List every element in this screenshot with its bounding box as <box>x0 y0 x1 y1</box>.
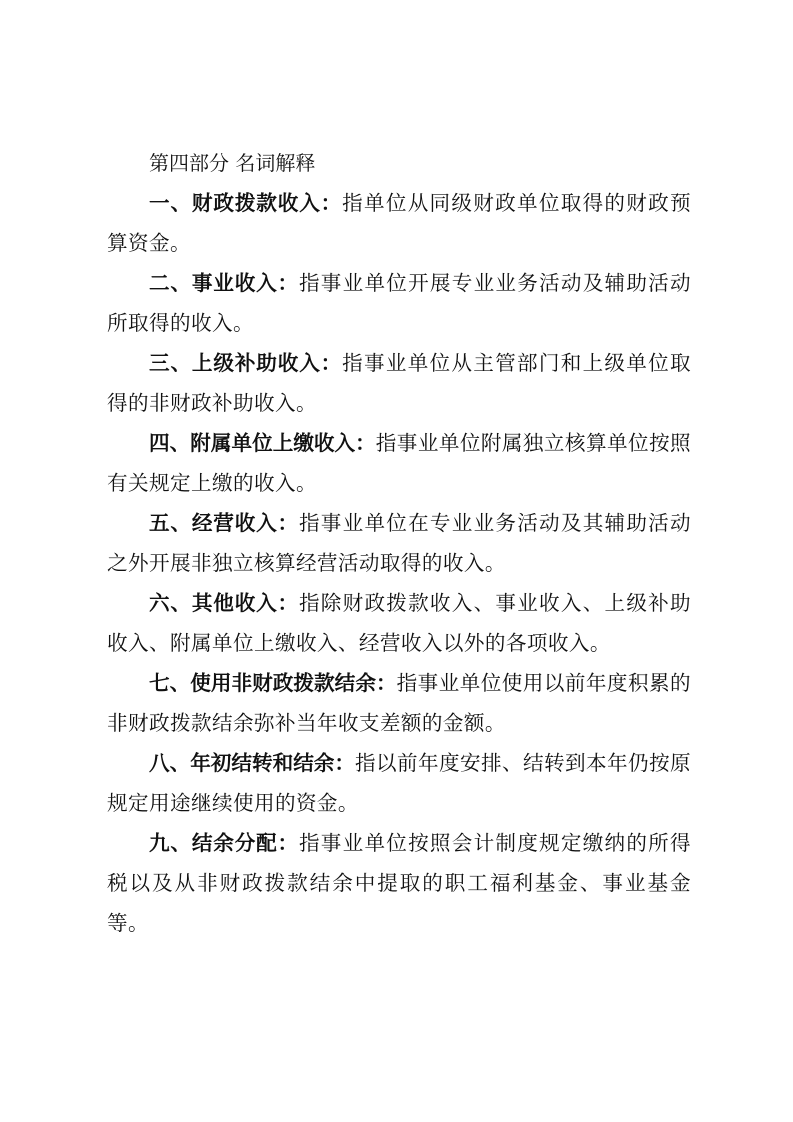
section-title: 第四部分 名词解释 <box>107 143 691 183</box>
term-balance-distribution: 九、结余分配：指事业单位按照会计制度规定缴纳的所得税以及从非财政拨款结余中提取的… <box>107 823 691 943</box>
term-label: 三、上级补助收入： <box>149 351 342 375</box>
term-label: 九、结余分配： <box>149 831 299 855</box>
document-page: 第四部分 名词解释 一、财政拨款收入：指单位从同级财政单位取得的财政预算资金。 … <box>107 143 691 943</box>
term-beginning-carryover-and-balance: 八、年初结转和结余：指以前年度安排、结转到本年仍按原规定用途继续使用的资金。 <box>107 743 691 823</box>
term-label: 二、事业收入： <box>149 271 299 295</box>
term-label: 一、财政拨款收入： <box>149 191 342 215</box>
term-operating-income: 五、经营收入：指事业单位在专业业务活动及其辅助活动之外开展非独立核算经营活动取得… <box>107 503 691 583</box>
term-label: 五、经营收入： <box>149 511 299 535</box>
term-other-income: 六、其他收入：指除财政拨款收入、事业收入、上级补助收入、附属单位上缴收入、经营收… <box>107 583 691 663</box>
term-label: 八、年初结转和结余： <box>149 751 355 775</box>
term-use-of-non-fiscal-balance: 七、使用非财政拨款结余：指事业单位使用以前年度积累的非财政拨款结余弥补当年收支差… <box>107 663 691 743</box>
term-fiscal-appropriation-income: 一、财政拨款收入：指单位从同级财政单位取得的财政预算资金。 <box>107 183 691 263</box>
term-superior-subsidy-income: 三、上级补助收入：指事业单位从主管部门和上级单位取得的非财政补助收入。 <box>107 343 691 423</box>
term-affiliated-unit-remittance-income: 四、附属单位上缴收入：指事业单位附属独立核算单位按照有关规定上缴的收入。 <box>107 423 691 503</box>
term-label: 四、附属单位上缴收入： <box>149 431 376 455</box>
term-label: 七、使用非财政拨款结余： <box>149 671 397 695</box>
term-label: 六、其他收入： <box>149 591 299 615</box>
term-business-income: 二、事业收入：指事业单位开展专业业务活动及辅助活动所取得的收入。 <box>107 263 691 343</box>
